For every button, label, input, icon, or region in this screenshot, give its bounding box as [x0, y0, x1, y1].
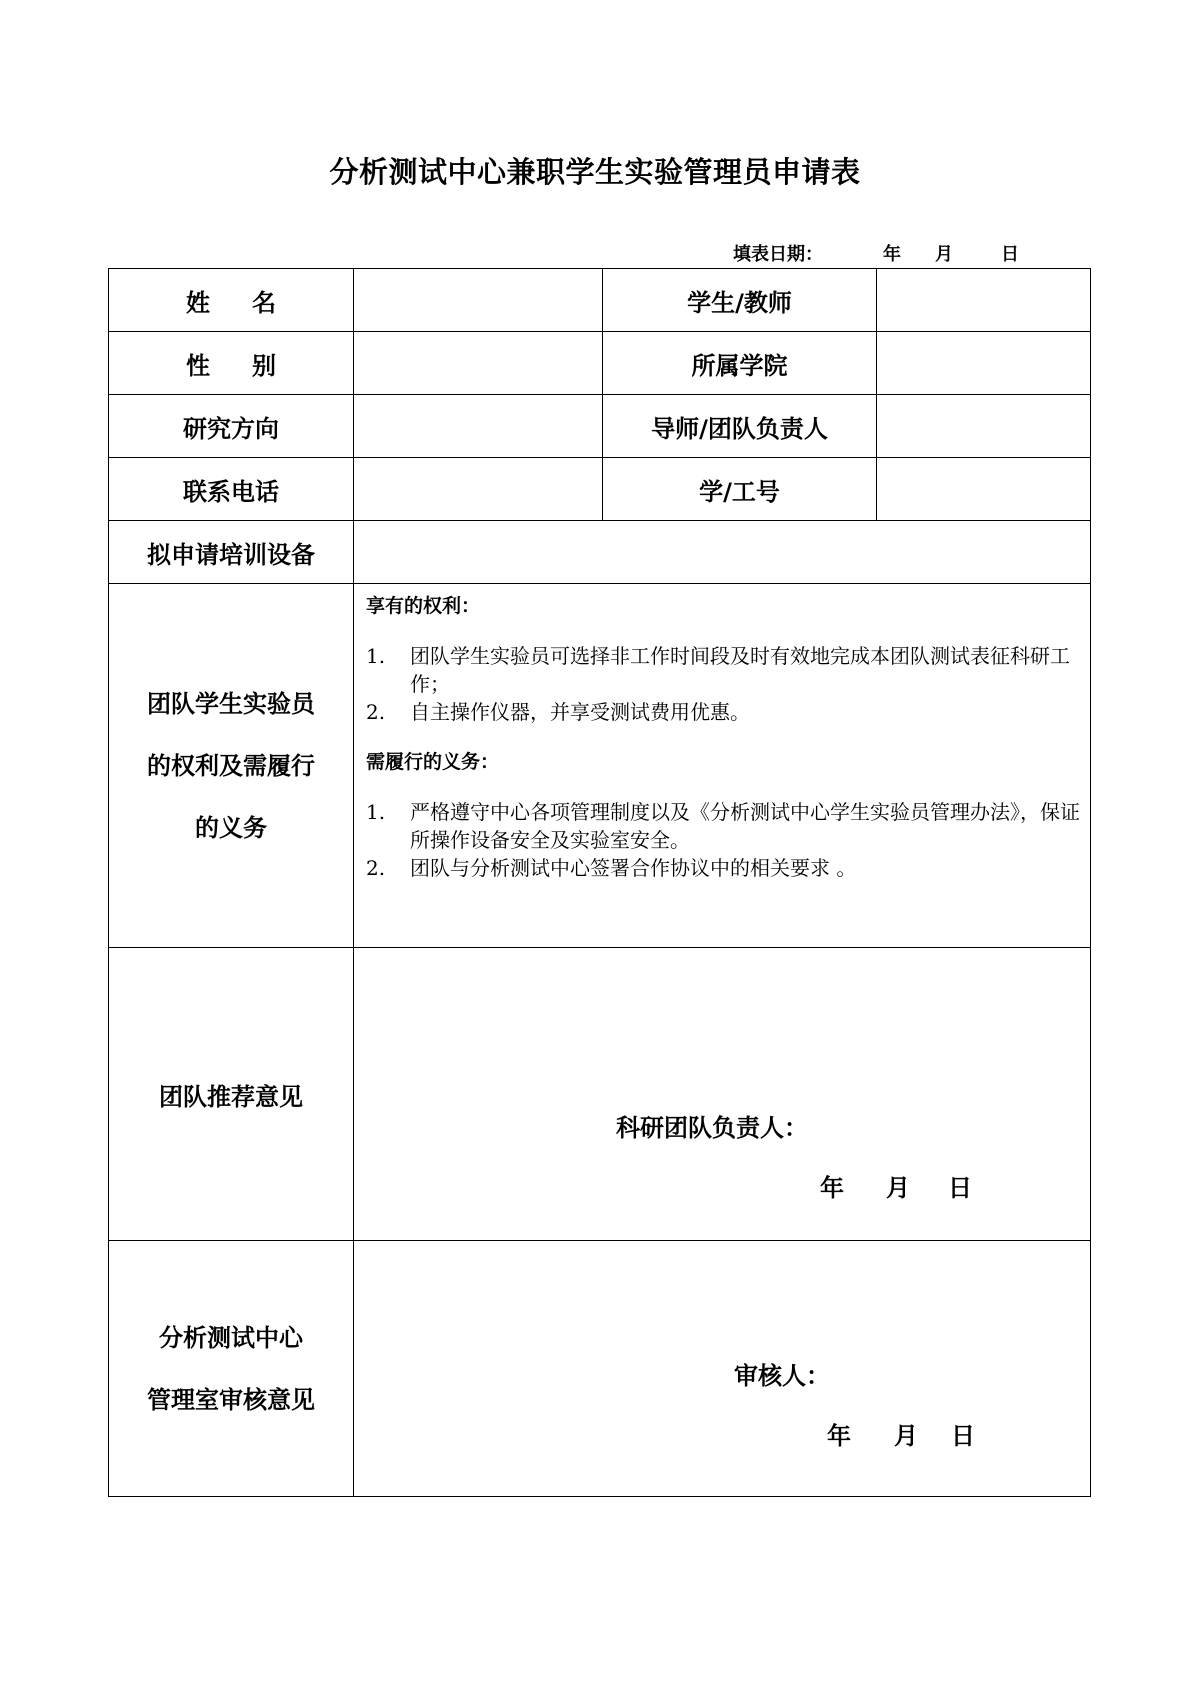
duties-list: 1.严格遵守中心各项管理制度以及《分析测试中心学生实验员管理办法》，保证所操作设… — [366, 798, 1080, 882]
fill-date-day: 日 — [1001, 240, 1019, 266]
college-field[interactable] — [877, 332, 1091, 395]
gender-field[interactable] — [354, 332, 603, 395]
name-field[interactable] — [354, 269, 603, 332]
team-recommendation-year: 年 — [820, 1168, 844, 1203]
fill-date-line: 填表日期：年月日 — [733, 240, 1019, 266]
rights-list: 1.团队学生实验员可选择非工作时间段及时有效地完成本团队测试表征科研工作； 2.… — [366, 642, 1080, 726]
team-recommendation-day: 日 — [948, 1168, 972, 1203]
form-row-gender: 性别 所属学院 — [109, 332, 1091, 395]
team-recommendation-field[interactable]: 科研团队负责人： 年 月 日 — [354, 948, 1091, 1241]
center-review-year: 年 — [827, 1416, 851, 1451]
rights-duties-label: 团队学生实验员 的权利及需履行 的义务 — [109, 584, 354, 948]
rights-heading: 享有的权利： — [366, 592, 1080, 620]
rights-duties-content: 享有的权利： 1.团队学生实验员可选择非工作时间段及时有效地完成本团队测试表征科… — [354, 584, 1091, 948]
form-row-center-review: 分析测试中心 管理室审核意见 审核人： 年 月 日 — [109, 1241, 1091, 1497]
advisor-label: 导师/团队负责人 — [603, 395, 877, 458]
phone-field[interactable] — [354, 458, 603, 521]
fill-date-label: 填表日期： — [733, 240, 883, 266]
equipment-field[interactable] — [354, 521, 1091, 584]
phone-label: 联系电话 — [109, 458, 354, 521]
form-row-team-recommendation: 团队推荐意见 科研团队负责人： 年 月 日 — [109, 948, 1091, 1241]
id-number-field[interactable] — [877, 458, 1091, 521]
team-recommendation-month: 月 — [886, 1168, 910, 1203]
id-number-label: 学/工号 — [603, 458, 877, 521]
center-review-month: 月 — [894, 1416, 918, 1451]
gender-label: 性别 — [109, 332, 354, 395]
duties-heading: 需履行的义务： — [366, 748, 1080, 776]
center-review-field[interactable]: 审核人： 年 月 日 — [354, 1241, 1091, 1497]
college-label: 所属学院 — [603, 332, 877, 395]
form-row-contact: 联系电话 学/工号 — [109, 458, 1091, 521]
research-direction-label: 研究方向 — [109, 395, 354, 458]
equipment-label: 拟申请培训设备 — [109, 521, 354, 584]
duties-item: 1.严格遵守中心各项管理制度以及《分析测试中心学生实验员管理办法》，保证所操作设… — [366, 798, 1080, 854]
form-row-rights-duties: 团队学生实验员 的权利及需履行 的义务 享有的权利： 1.团队学生实验员可选择非… — [109, 584, 1091, 948]
fill-date-month: 月 — [935, 240, 1001, 266]
student-teacher-label: 学生/教师 — [603, 269, 877, 332]
form-row-equipment: 拟申请培训设备 — [109, 521, 1091, 584]
fill-date-year: 年 — [883, 240, 935, 266]
advisor-field[interactable] — [877, 395, 1091, 458]
name-label: 姓名 — [109, 269, 354, 332]
form-row-research: 研究方向 导师/团队负责人 — [109, 395, 1091, 458]
reviewer-signature-label: 审核人： — [734, 1356, 830, 1391]
student-teacher-field[interactable] — [877, 269, 1091, 332]
team-leader-signature-label: 科研团队负责人： — [616, 1108, 808, 1143]
form-row-name: 姓名 学生/教师 — [109, 269, 1091, 332]
center-review-label: 分析测试中心 管理室审核意见 — [109, 1241, 354, 1497]
rights-item: 2.自主操作仪器，并享受测试费用优惠。 — [366, 698, 1080, 726]
team-recommendation-label: 团队推荐意见 — [109, 948, 354, 1241]
rights-item: 1.团队学生实验员可选择非工作时间段及时有效地完成本团队测试表征科研工作； — [366, 642, 1080, 698]
research-direction-field[interactable] — [354, 395, 603, 458]
application-form-table: 姓名 学生/教师 性别 所属学院 研究方向 导师/团队负责人 联系电话 学/工号… — [108, 268, 1091, 1497]
duties-item: 2.团队与分析测试中心签署合作协议中的相关要求 。 — [366, 854, 1080, 882]
document-title: 分析测试中心兼职学生实验管理员申请表 — [0, 150, 1190, 191]
center-review-day: 日 — [951, 1416, 975, 1451]
